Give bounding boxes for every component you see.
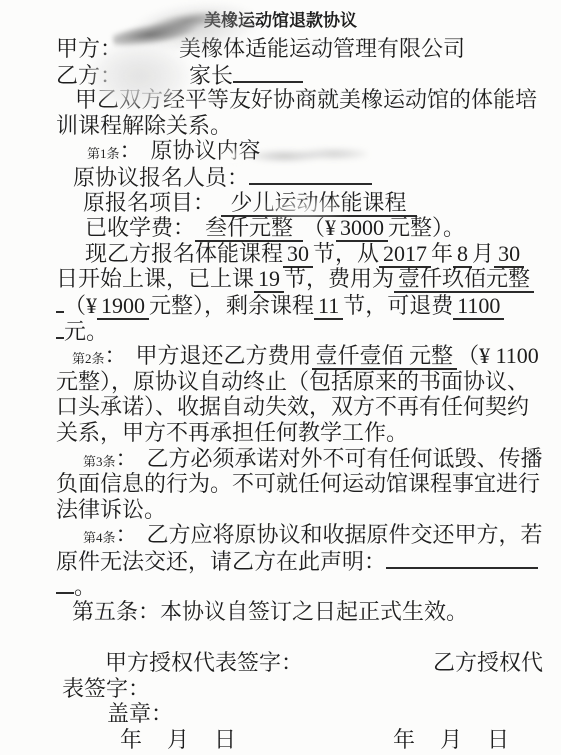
clause4-colon: ： bbox=[116, 522, 138, 547]
year-label: 年 bbox=[393, 727, 415, 753]
clause2-text-2: （¥ 1100 bbox=[457, 343, 539, 368]
course-start-year: 2017 bbox=[379, 241, 431, 268]
day-label: 日 bbox=[487, 727, 509, 753]
course-text-6: 节，费用为 bbox=[284, 266, 394, 291]
seal-line: 盖章： bbox=[56, 701, 543, 727]
clause1-colon: ： bbox=[120, 138, 142, 163]
clause3-line-3: 法律诉讼。 bbox=[56, 497, 543, 523]
underline-stub bbox=[56, 292, 64, 313]
party-b-signature-label-part1: 乙方授权代 bbox=[433, 650, 543, 676]
fee-amount-chinese: 叁仟元整 bbox=[195, 215, 303, 242]
clause2-line-3: 口头承诺）、收据自动失效，双方不再有任何契约 bbox=[56, 394, 543, 420]
party-a-line: 甲方：美橡体适能运动管理有限公司 bbox=[56, 36, 543, 62]
course-remaining-sessions: 11 bbox=[314, 293, 343, 320]
course-line-3: （¥1900元整），剩余课程11节，可退费1100 bbox=[56, 292, 543, 318]
fee-label: 已收学费： bbox=[85, 215, 195, 240]
date-line: 年月日年月日 bbox=[56, 727, 543, 753]
course-text-4: 月 bbox=[472, 241, 494, 266]
party-b-date: 年月日 bbox=[393, 727, 534, 753]
course-text-10: 元。 bbox=[64, 319, 108, 344]
course-line-1: 现乙方报名体能课程30节，从2017年8月30 bbox=[56, 241, 543, 267]
signature-wrap-line: 表签字： bbox=[56, 676, 543, 702]
year-label: 年 bbox=[120, 727, 142, 753]
course-text-1: 现乙方报名体能课程 bbox=[85, 241, 283, 266]
party-a-date: 年月日 bbox=[120, 727, 261, 753]
course-text-9: 节，可退费 bbox=[343, 293, 453, 318]
clause2-line-4: 关系，甲方不再承担任何教学工作。 bbox=[56, 420, 543, 446]
clause3-number: 第3条 bbox=[83, 454, 116, 469]
clause2-number: 第2条 bbox=[72, 351, 105, 366]
underline-stub bbox=[56, 573, 74, 594]
enrollee-line: 原协议报名人员： bbox=[56, 164, 543, 190]
clause2-colon: ： bbox=[105, 343, 127, 368]
course-line-4: 元。 bbox=[56, 318, 543, 344]
course-used-fee-chinese: 壹仟玖佰元整 bbox=[394, 266, 534, 293]
blank-line bbox=[56, 625, 543, 651]
project-line: 原报名项目： 少儿运动体能课程 bbox=[56, 190, 543, 216]
clause4-number: 第4条 bbox=[83, 530, 116, 545]
course-text-2: 节，从 bbox=[313, 241, 379, 266]
course-text-8: 元整），剩余课程 bbox=[149, 293, 314, 318]
day-label: 日 bbox=[214, 727, 236, 753]
document-title: 美橡运动馆退款协议 bbox=[0, 10, 561, 32]
course-start-month: 8 bbox=[453, 241, 472, 268]
project-value: 少儿运动体能课程 bbox=[221, 190, 417, 217]
enrollee-blank-line bbox=[249, 164, 372, 185]
course-text-7: （¥ bbox=[64, 293, 97, 318]
month-label: 月 bbox=[440, 727, 462, 753]
month-label: 月 bbox=[167, 727, 189, 753]
underline-stub bbox=[56, 318, 64, 339]
clause3-line-1: 第3条：乙方必须承诺对外不可有任何诋毁、传播 bbox=[56, 446, 543, 472]
party-b-line: 乙方：家长 bbox=[56, 62, 543, 88]
declaration-blank-line bbox=[386, 548, 538, 569]
party-a-name: 美橡体适能运动管理有限公司 bbox=[179, 36, 465, 61]
clause1-number: 第1条 bbox=[87, 146, 120, 161]
preamble-line-1: 甲乙双方经平等友好协商就美橡运动馆的体能培 bbox=[56, 87, 543, 113]
clause3-line-2: 负面信息的行为。不可就任何运动馆课程事宜进行 bbox=[56, 471, 543, 497]
declaration-tail-line: 。 bbox=[56, 573, 543, 599]
course-start-day: 30 bbox=[494, 241, 524, 268]
clause2-line-1: 第2条：甲方退还乙方费用壹仟壹佰 元整（¥ 1100 bbox=[56, 343, 543, 369]
fee-paren-close: 元整）。 bbox=[388, 215, 465, 240]
party-a-label: 甲方： bbox=[56, 36, 122, 61]
clause4-line-1: 第4条：乙方应将原协议和收据原件交还甲方，若 bbox=[56, 522, 543, 548]
signature-line: 甲方授权代表签字：乙方授权代 bbox=[56, 650, 543, 676]
party-a-signature-label: 甲方授权代表签字： bbox=[56, 650, 303, 676]
fee-amount-numeric: 3000 bbox=[336, 215, 388, 242]
party-b-label: 乙方： bbox=[56, 63, 122, 88]
course-refundable-amount: 1100 bbox=[453, 293, 504, 320]
clause2-line-2: 元整），原协议自动终止（包括原来的书面协议、 bbox=[56, 369, 543, 395]
fee-paren-open: （¥ bbox=[303, 215, 336, 240]
clause1-heading-line: 第1条：原协议内容 bbox=[56, 138, 543, 164]
refund-amount-chinese: 壹仟壹佰 元整 bbox=[312, 343, 458, 370]
enrollee-label: 原协议报名人员： bbox=[73, 165, 249, 190]
fee-line: 已收学费：叁仟元整（¥3000元整）。 bbox=[56, 215, 543, 241]
clause2-text-1: 甲方退还乙方费用 bbox=[136, 343, 312, 368]
declaration-period: 。 bbox=[74, 574, 96, 599]
project-label: 原报名项目： bbox=[83, 190, 215, 215]
refund-agreement-document: 美橡运动馆退款协议 甲方：美橡体适能运动管理有限公司 乙方：家长 甲乙双方经平等… bbox=[0, 0, 561, 755]
clause5-line: 第五条：本协议自签订之日起正式生效。 bbox=[56, 599, 543, 625]
course-attended-sessions: 19 bbox=[254, 266, 284, 293]
course-used-fee-numeric: 1900 bbox=[97, 293, 149, 320]
course-total-sessions: 30 bbox=[283, 241, 313, 268]
clause4-text-2: 原件无法交还，请乙方在此声明： bbox=[56, 549, 386, 574]
preamble-line-2: 训课程解除关系。 bbox=[56, 113, 543, 139]
course-text-3: 年 bbox=[431, 241, 453, 266]
course-line-2: 日开始上课，已上课19节，费用为壹仟玖佰元整 bbox=[56, 266, 543, 292]
clause1-heading: 原协议内容 bbox=[151, 138, 261, 163]
document-body: 甲方：美橡体适能运动管理有限公司 乙方：家长 甲乙双方经平等友好协商就美橡运动馆… bbox=[0, 36, 561, 753]
course-text-5: 日开始上课，已上课 bbox=[56, 266, 254, 291]
clause3-colon: ： bbox=[116, 446, 138, 471]
party-b-blank-line bbox=[233, 62, 303, 83]
clause4-text-1: 乙方应将原协议和收据原件交还甲方，若 bbox=[147, 522, 543, 547]
party-b-prefix: 家长 bbox=[189, 63, 233, 88]
clause3-text-1: 乙方必须承诺对外不可有任何诋毁、传播 bbox=[147, 446, 543, 471]
clause4-line-2: 原件无法交还，请乙方在此声明： bbox=[56, 548, 543, 574]
